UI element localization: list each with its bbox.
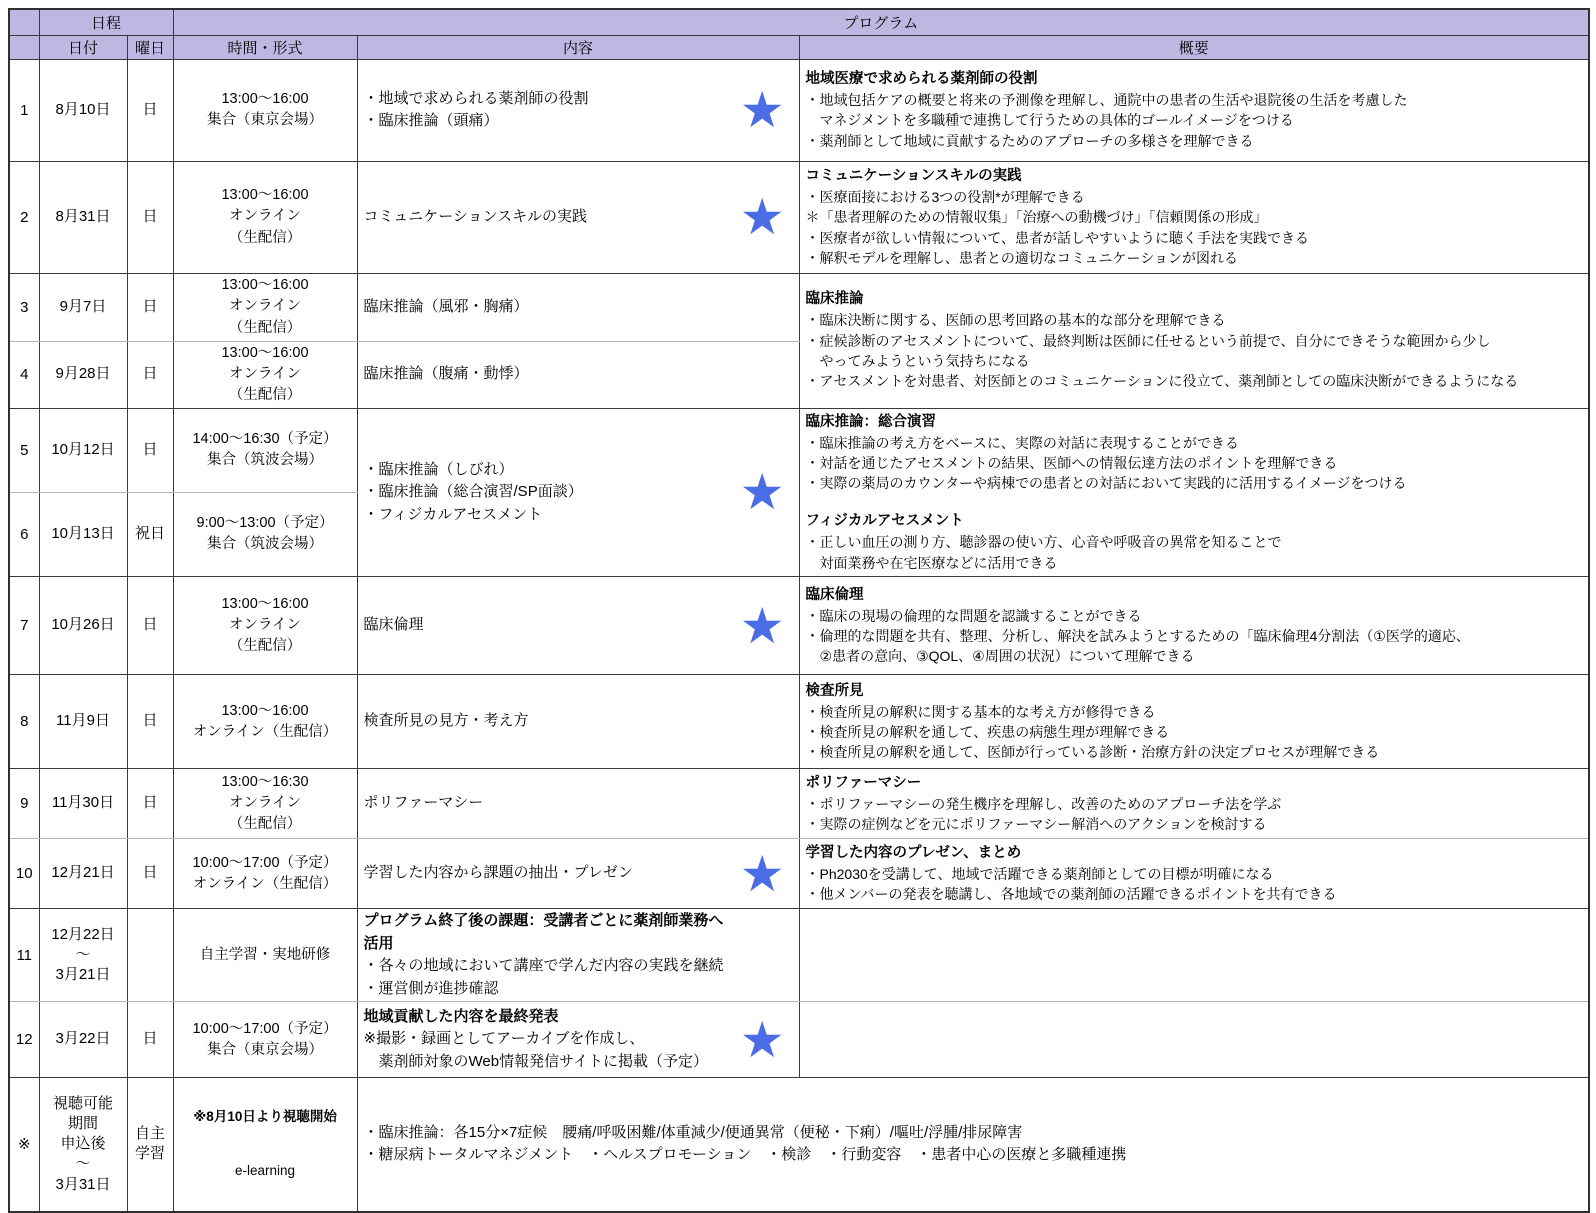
row3-day: 日 [127, 273, 173, 341]
row3-number: 3 [9, 273, 39, 341]
row11-date: 12月22日 ～ 3月21日 [39, 909, 127, 1002]
row9-summary: ポリファーマシー ・ポリファーマシーの発生機序を理解し、改善のためのアプローチ法… [799, 769, 1589, 839]
row1-summary-body: ・地域包括ケアの概要と将来の予測像を理解し、通院中の患者の生活や退院後の生活を考… [806, 90, 1583, 151]
row4-number: 4 [9, 341, 39, 408]
row1-content: ・地域で求められる薬剤師の役割 ・臨床推論（頭痛） ★ [357, 59, 799, 161]
row3-4-summary-body: ・臨床決断に関する、医師の思考回路の基本的な部分を理解できる ・症候診断のアセス… [806, 310, 1583, 391]
row9-content-text: ポリファーマシー [364, 792, 737, 815]
row11-time: 自主学習・実地研修 [173, 909, 357, 1002]
row4-content: 臨床推論（腹痛・動悸） [357, 341, 799, 408]
header-group-program: プログラム [173, 9, 1589, 35]
row2-summary-body: ・医療面接における3つの役割*が理解できる ＊「患者理解のための情報収集」「治療… [806, 187, 1583, 268]
rowx-elearning-label: e-learning [178, 1161, 353, 1181]
row9-summary-body: ・ポリファーマシーの発生機序を理解し、改善のためのアプローチ法を学ぶ ・実際の症… [806, 794, 1583, 835]
row10-time: 10:00～17:00（予定） オンライン（生配信） [173, 839, 357, 909]
row10-content: 学習した内容から課題の抽出・プレゼン ★ [357, 839, 799, 909]
row12-time: 10:00～17:00（予定） 集合（東京会場） [173, 1002, 357, 1078]
row12-date: 3月22日 [39, 1002, 127, 1078]
row4-content-text: 臨床推論（腹痛・動悸） [364, 363, 737, 386]
row2-content: コミュニケーションスキルの実践 ★ [357, 161, 799, 273]
row11-number: 11 [9, 909, 39, 1002]
row11-day [127, 909, 173, 1002]
row5-6-summary-body: ・臨床推論の考え方をベースに、実際の対話に表現することができる ・対話を通じたア… [806, 433, 1583, 494]
row1-time: 13:00～16:00 集合（東京会場） [173, 59, 357, 161]
program-schedule-table: 日程 プログラム 日付 曜日 時間・形式 内容 概要 1 8月10日 日 13:… [8, 8, 1590, 1213]
row10-date: 12月21日 [39, 839, 127, 909]
row12-content-body: ※撮影・録画としてアーカイブを作成し、 薬剤師対象のWeb情報発信サイトに掲載（… [364, 1028, 737, 1073]
row8-content-text: 検査所見の見方・考え方 [364, 710, 737, 733]
rowx-content-text: ・臨床推論：各15分×7症候 腰痛/呼吸困難/体重減少/便通異常（便秘・下痢）/… [364, 1122, 1527, 1167]
row9-date: 11月30日 [39, 769, 127, 839]
row12-content: 地域貢献した内容を最終発表 ※撮影・録画としてアーカイブを作成し、 薬剤師対象の… [357, 1002, 799, 1078]
star-icon: ★ [740, 1015, 785, 1065]
table-row: 8 11月9日 日 13:00～16:00 オンライン（生配信） 検査所見の見方… [9, 675, 1589, 769]
header-col-date: 日付 [39, 35, 127, 59]
row2-day: 日 [127, 161, 173, 273]
header-columns-row: 日付 曜日 時間・形式 内容 概要 [9, 35, 1589, 59]
row8-number: 8 [9, 675, 39, 769]
row12-summary [799, 1002, 1589, 1078]
star-icon: ★ [740, 601, 785, 651]
row5-date: 10月12日 [39, 408, 127, 492]
row10-summary: 学習した内容のプレゼン、まとめ ・Ph2030を受講して、地域で活躍できる薬剤師… [799, 839, 1589, 909]
rowx-day: 自主 学習 [127, 1078, 173, 1212]
header-col-day: 曜日 [127, 35, 173, 59]
row6-day: 祝日 [127, 492, 173, 576]
row3-content: 臨床推論（風邪・胸痛） [357, 273, 799, 341]
row7-time: 13:00～16:00 オンライン （生配信） [173, 577, 357, 675]
row3-content-text: 臨床推論（風邪・胸痛） [364, 296, 737, 319]
row1-summary-title: 地域医療で求められる薬剤師の役割 [806, 69, 1583, 90]
row10-summary-title: 学習した内容のプレゼン、まとめ [806, 843, 1583, 864]
header-group-row: 日程 プログラム [9, 9, 1589, 35]
row7-summary-title: 臨床倫理 [806, 585, 1583, 606]
row2-summary-title: コミュニケーションスキルの実践 [806, 166, 1583, 187]
row2-content-text: コミュニケーションスキルの実践 [364, 206, 737, 229]
table-row: 5 10月12日 日 14:00～16:30（予定） 集合（筑波会場） ・臨床推… [9, 408, 1589, 492]
row10-content-text: 学習した内容から課題の抽出・プレゼン [364, 862, 737, 885]
header-col-time: 時間・形式 [173, 35, 357, 59]
row7-summary-body: ・臨床の現場の倫理的な問題を認識することができる ・倫理的な問題を共有、整理、分… [806, 606, 1583, 667]
star-icon: ★ [740, 849, 785, 899]
row2-number: 2 [9, 161, 39, 273]
star-icon: ★ [740, 192, 785, 242]
row8-summary-title: 検査所見 [806, 681, 1583, 702]
row2-time: 13:00～16:00 オンライン （生配信） [173, 161, 357, 273]
rowx-number: ※ [9, 1078, 39, 1212]
row4-date: 9月28日 [39, 341, 127, 408]
row9-day: 日 [127, 769, 173, 839]
table-row: ※ 視聴可能 期間 申込後 ～ 3月31日 自主 学習 ※8月10日より視聴開始… [9, 1078, 1589, 1212]
rowx-viewing-start-note: ※8月10日より視聴開始 [178, 1108, 353, 1127]
row11-content-body: ・各々の地域において講座で学んだ内容の実践を継続 ・運営側が進捗確認 [364, 955, 737, 1000]
table-row: 10 12月21日 日 10:00～17:00（予定） オンライン（生配信） 学… [9, 839, 1589, 909]
star-icon: ★ [740, 85, 785, 135]
row7-content-text: 臨床倫理 [364, 614, 737, 637]
header-corner-cell-2 [9, 35, 39, 59]
row5-6-content-text: ・臨床推論（しびれ） ・臨床推論（総合演習/SP面談） ・フィジカルアセスメント [364, 459, 737, 527]
row8-date: 11月9日 [39, 675, 127, 769]
row4-time: 13:00～16:00 オンライン （生配信） [173, 341, 357, 408]
row9-summary-title: ポリファーマシー [806, 773, 1583, 794]
row8-summary-body: ・検査所見の解釈に関する基本的な考え方が修得できる ・検査所見の解釈を通して、疾… [806, 702, 1583, 763]
table-row: 12 3月22日 日 10:00～17:00（予定） 集合（東京会場） 地域貢献… [9, 1002, 1589, 1078]
row10-summary-body: ・Ph2030を受講して、地域で活躍できる薬剤師としての目標が明確になる ・他メ… [806, 864, 1583, 905]
row11-content: プログラム終了後の課題：受講者ごとに薬剤師業務へ活用 ・各々の地域において講座で… [357, 909, 799, 1002]
row5-time: 14:00～16:30（予定） 集合（筑波会場） [173, 408, 357, 492]
row5-6-summary2-body: ・正しい血圧の測り方、聴診器の使い方、心音や呼吸音の異常を知ることで 対面業務や… [806, 532, 1583, 573]
row5-6-summary2-title: フィジカルアセスメント [806, 511, 1583, 532]
row5-day: 日 [127, 408, 173, 492]
summary-spacer [806, 493, 1583, 511]
row11-content-title: プログラム終了後の課題：受講者ごとに薬剤師業務へ活用 [364, 910, 737, 955]
row4-day: 日 [127, 341, 173, 408]
rowx-time: ※8月10日より視聴開始 e-learning [173, 1078, 357, 1212]
table-row: 2 8月31日 日 13:00～16:00 オンライン （生配信） コミュニケー… [9, 161, 1589, 273]
row8-time: 13:00～16:00 オンライン（生配信） [173, 675, 357, 769]
schedule-page: 日程 プログラム 日付 曜日 時間・形式 内容 概要 1 8月10日 日 13:… [0, 0, 1596, 1206]
row8-content: 検査所見の見方・考え方 [357, 675, 799, 769]
row2-date: 8月31日 [39, 161, 127, 273]
row8-day: 日 [127, 675, 173, 769]
row12-content-title: 地域貢献した内容を最終発表 [364, 1006, 737, 1029]
row12-day: 日 [127, 1002, 173, 1078]
row1-date: 8月10日 [39, 59, 127, 161]
row7-summary: 臨床倫理 ・臨床の現場の倫理的な問題を認識することができる ・倫理的な問題を共有… [799, 577, 1589, 675]
star-icon: ★ [740, 467, 785, 517]
row8-summary: 検査所見 ・検査所見の解釈に関する基本的な考え方が修得できる ・検査所見の解釈を… [799, 675, 1589, 769]
row1-day: 日 [127, 59, 173, 161]
row9-content: ポリファーマシー [357, 769, 799, 839]
row1-number: 1 [9, 59, 39, 161]
row3-4-summary: 臨床推論 ・臨床決断に関する、医師の思考回路の基本的な部分を理解できる ・症候診… [799, 273, 1589, 408]
row9-number: 9 [9, 769, 39, 839]
row7-date: 10月26日 [39, 577, 127, 675]
rowx-date: 視聴可能 期間 申込後 ～ 3月31日 [39, 1078, 127, 1212]
row3-time: 13:00～16:00 オンライン （生配信） [173, 273, 357, 341]
row5-6-summary: 臨床推論：総合演習 ・臨床推論の考え方をベースに、実際の対話に表現することができ… [799, 408, 1589, 577]
row5-6-content: ・臨床推論（しびれ） ・臨床推論（総合演習/SP面談） ・フィジカルアセスメント… [357, 408, 799, 577]
row3-date: 9月7日 [39, 273, 127, 341]
table-row: 1 8月10日 日 13:00～16:00 集合（東京会場） ・地域で求められる… [9, 59, 1589, 161]
row1-summary: 地域医療で求められる薬剤師の役割 ・地域包括ケアの概要と将来の予測像を理解し、通… [799, 59, 1589, 161]
row12-number: 12 [9, 1002, 39, 1078]
header-group-schedule: 日程 [39, 9, 173, 35]
row6-time: 9:00～13:00（予定） 集合（筑波会場） [173, 492, 357, 576]
row3-4-summary-title: 臨床推論 [806, 289, 1583, 310]
row2-summary: コミュニケーションスキルの実践 ・医療面接における3つの役割*が理解できる ＊「… [799, 161, 1589, 273]
table-row: 7 10月26日 日 13:00～16:00 オンライン （生配信） 臨床倫理 … [9, 577, 1589, 675]
table-row: 3 9月7日 日 13:00～16:00 オンライン （生配信） 臨床推論（風邪… [9, 273, 1589, 341]
row5-number: 5 [9, 408, 39, 492]
row11-summary [799, 909, 1589, 1002]
rowx-content: ・臨床推論：各15分×7症候 腰痛/呼吸困難/体重減少/便通異常（便秘・下痢）/… [357, 1078, 1589, 1212]
header-col-summary: 概要 [799, 35, 1589, 59]
row7-number: 7 [9, 577, 39, 675]
row7-content: 臨床倫理 ★ [357, 577, 799, 675]
table-row: 9 11月30日 日 13:00～16:30 オンライン （生配信） ポリファー… [9, 769, 1589, 839]
row7-day: 日 [127, 577, 173, 675]
header-col-content: 内容 [357, 35, 799, 59]
row6-date: 10月13日 [39, 492, 127, 576]
table-row: 11 12月22日 ～ 3月21日 自主学習・実地研修 プログラム終了後の課題：… [9, 909, 1589, 1002]
header-corner-cell [9, 9, 39, 35]
row6-number: 6 [9, 492, 39, 576]
row5-6-summary-title: 臨床推論：総合演習 [806, 412, 1583, 433]
row10-number: 10 [9, 839, 39, 909]
row10-day: 日 [127, 839, 173, 909]
row1-content-text: ・地域で求められる薬剤師の役割 ・臨床推論（頭痛） [364, 88, 737, 133]
row9-time: 13:00～16:30 オンライン （生配信） [173, 769, 357, 839]
